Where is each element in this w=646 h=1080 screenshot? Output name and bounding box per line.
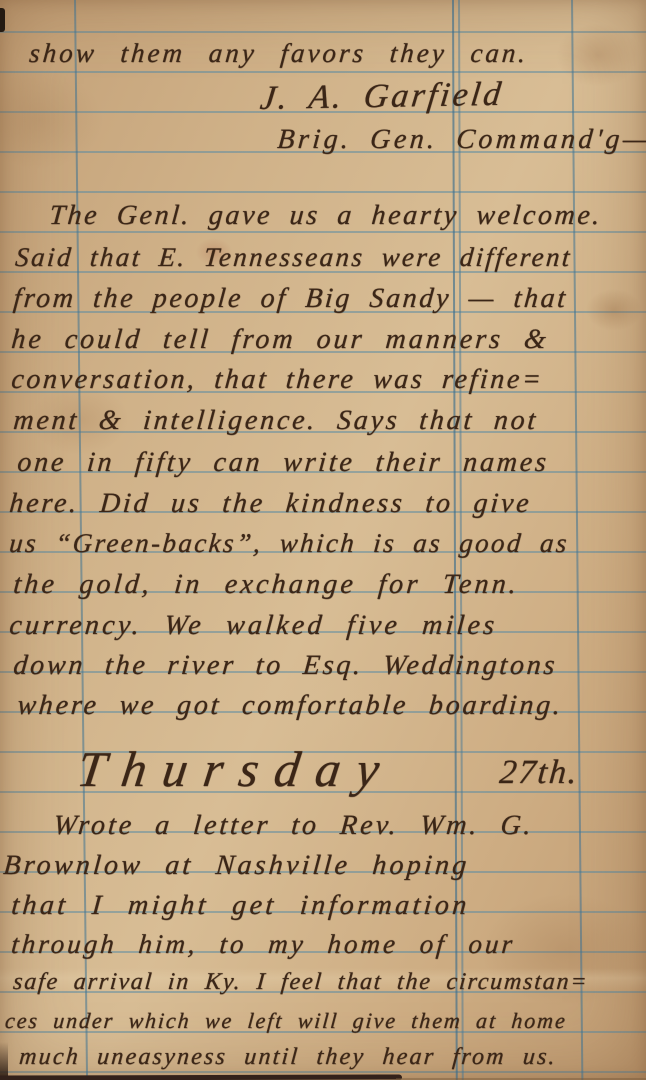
diary-line: safe arrival in Ky. I feel that the circ… [12, 969, 590, 996]
entry-heading-date: 27th. [498, 754, 580, 792]
diary-line: ces under which we left will give them a… [4, 1008, 568, 1034]
diary-line: through him, to my home of our [10, 929, 516, 960]
diary-line: from the people of Big Sandy — that [12, 283, 569, 315]
page-edge-mark [0, 8, 5, 32]
diary-line: here. Did us the kindness to give [8, 488, 533, 520]
diary-line: currency. We walked five miles [8, 610, 499, 642]
diary-paper-page: show them any favors they can. J. A. Gar… [0, 0, 646, 1080]
diary-line: Said that E. Tennesseans were different [14, 242, 573, 273]
diary-line: conversation, that there was refine= [10, 364, 545, 396]
diary-line: where we got comfortable boarding. [16, 690, 564, 722]
diary-line: ment & intelligence. Says that not [12, 405, 539, 437]
diary-line: that I might get information [10, 890, 471, 922]
diary-line: down the river to Esq. Weddingtons [12, 650, 559, 682]
bottom-left-shadow [0, 1042, 8, 1080]
diary-line: us “Green-backs”, which is as good as [8, 528, 570, 559]
diary-line: one in fifty can write their names [16, 447, 550, 479]
diary-line: the gold, in exchange for Tenn. [12, 569, 521, 601]
diary-line: much uneasyness until they hear from us. [18, 1044, 558, 1071]
diary-line: The Genl. gave us a hearty welcome. [48, 200, 603, 232]
entry-heading-day: Thursday [74, 740, 399, 798]
diary-line: Wrote a letter to Rev. Wm. G. [52, 810, 535, 842]
diary-line: Brownlow at Nashville hoping [2, 850, 471, 882]
bottom-page-edge [0, 1074, 402, 1080]
signature-title: Brig. Gen. Command'g— [276, 124, 646, 156]
signature-garfield: J. A. Garfield [258, 76, 506, 118]
right-margin-rule [571, 0, 583, 1080]
diary-line-closing: show them any favors they can. [28, 38, 530, 69]
diary-line: he could tell from our manners & [10, 324, 550, 356]
